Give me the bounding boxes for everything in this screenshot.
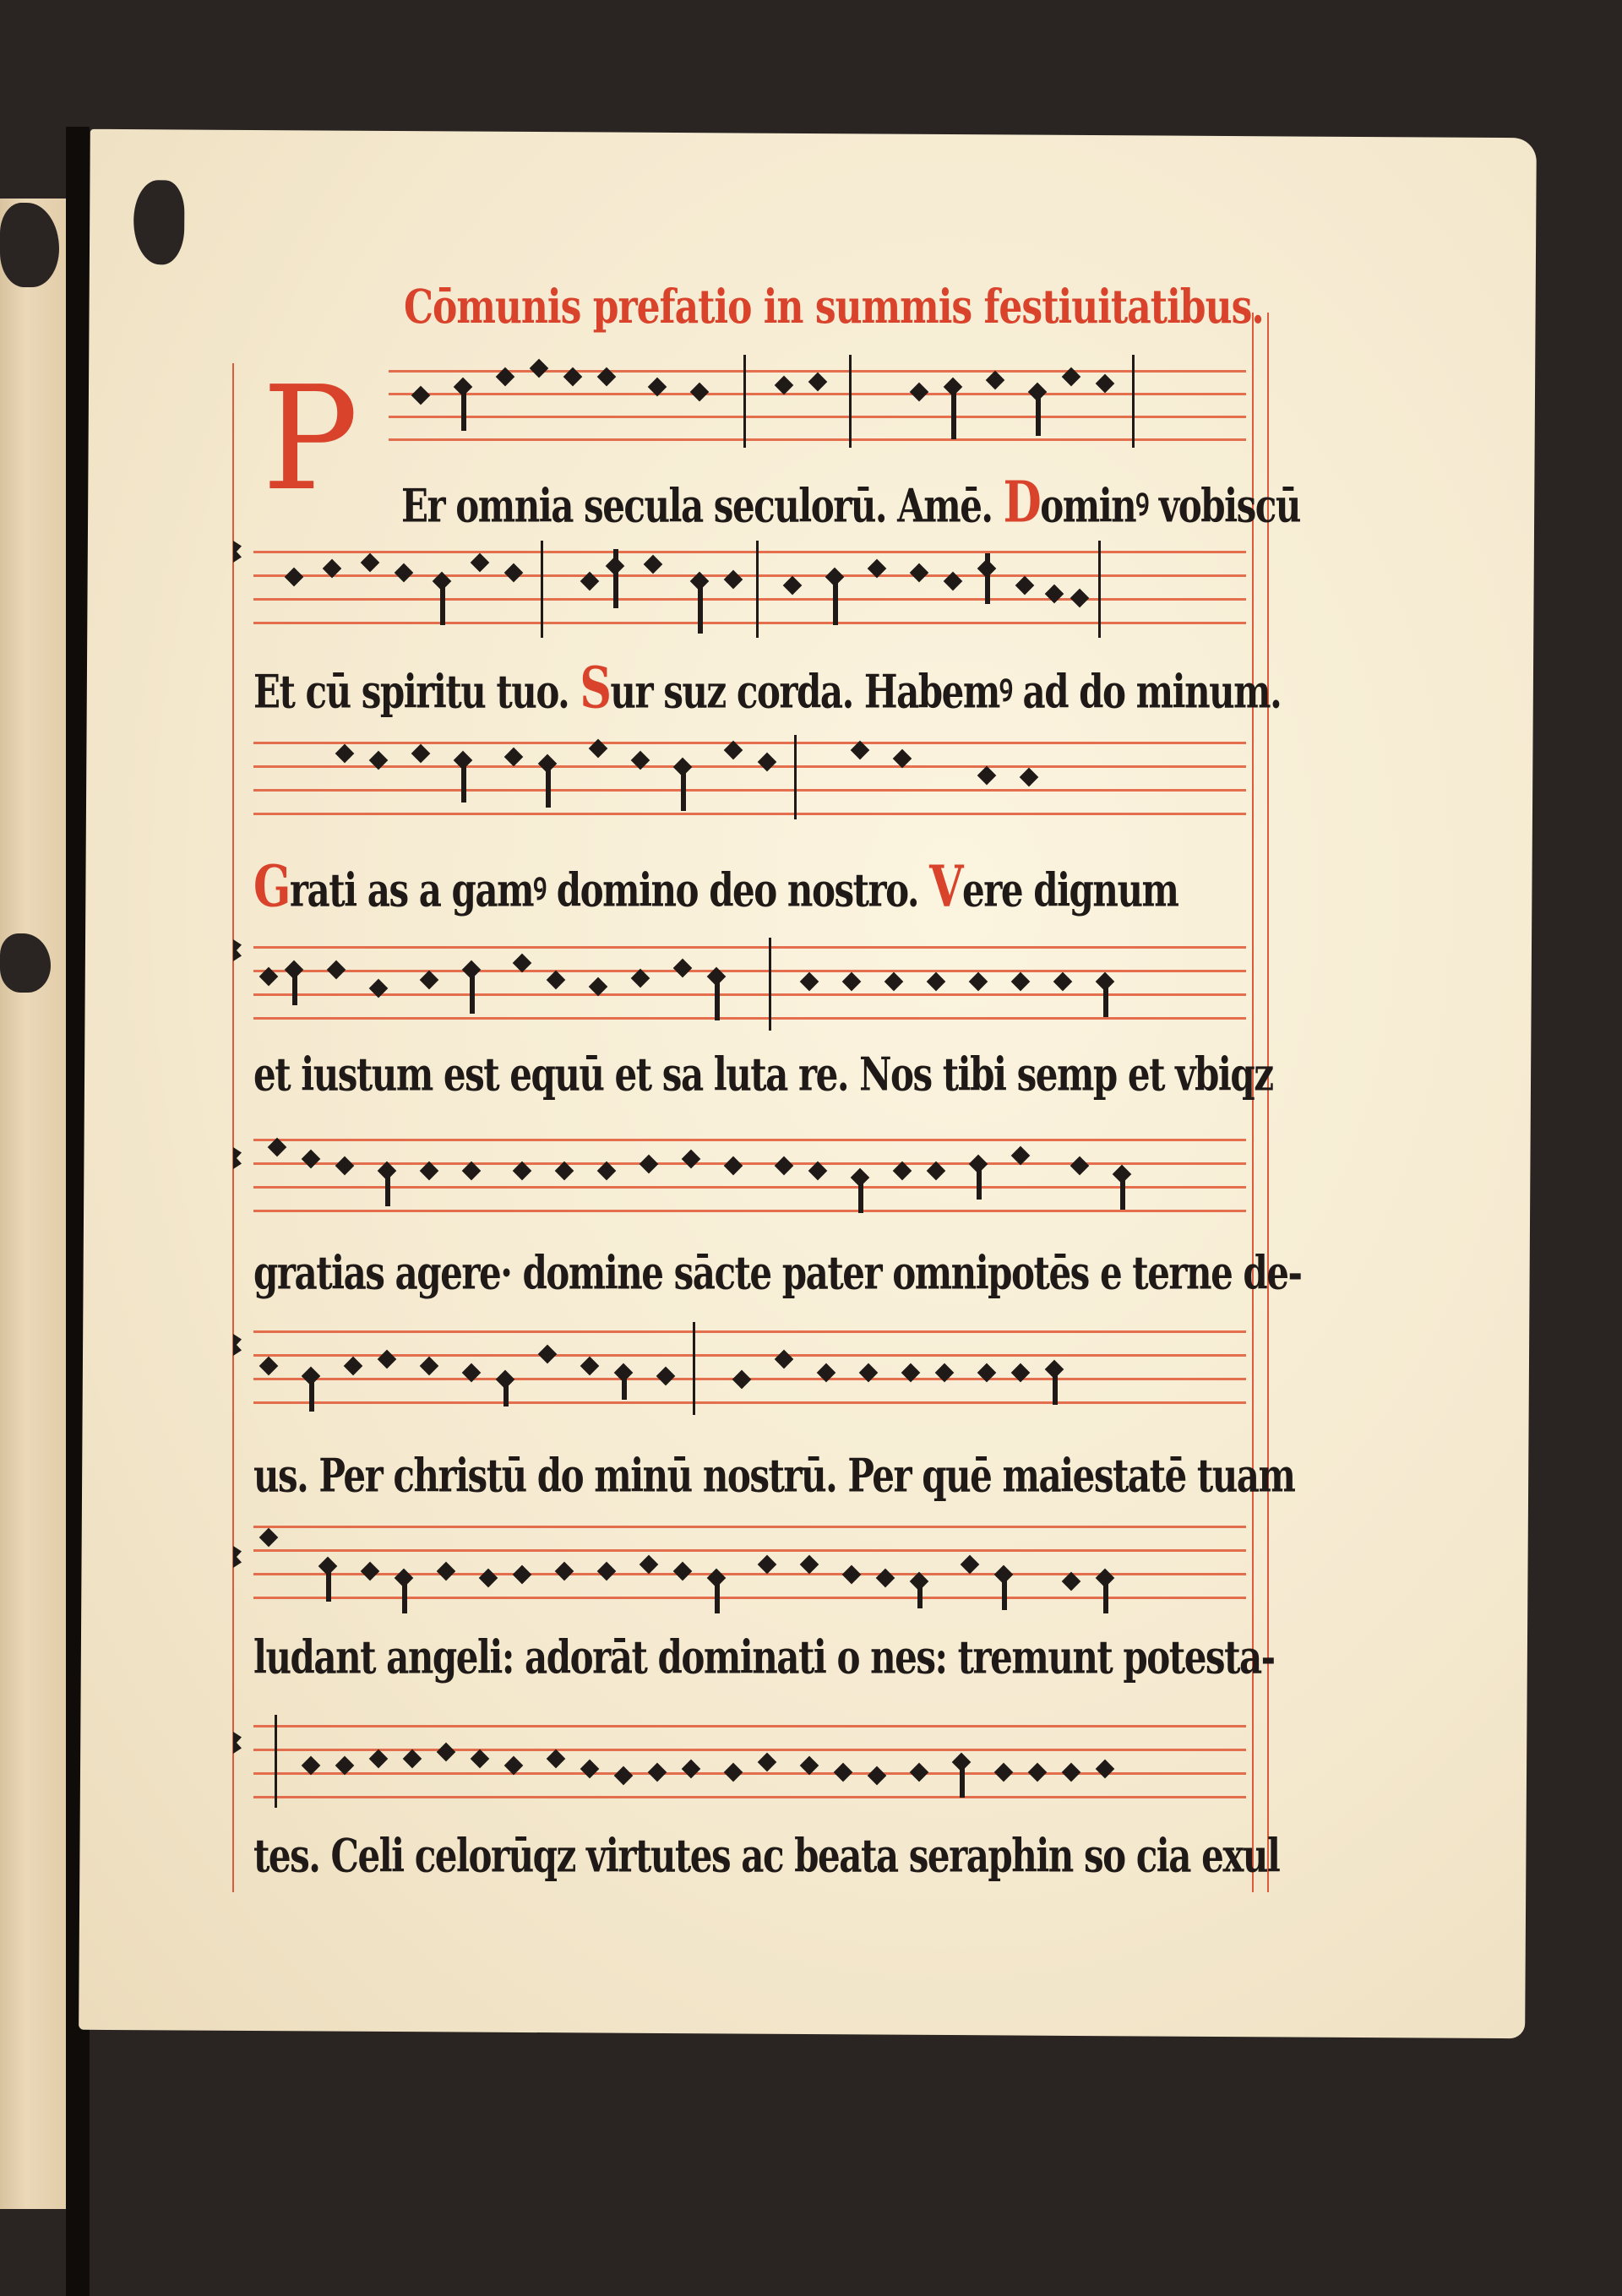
lyric-line: et iustum est equū et sa luta re. Nos ti… [253,1047,1250,1102]
frame-rule-left [232,363,234,1892]
lyric-line: tes. Celi celorūqz virtutes ac beata ser… [253,1829,1250,1883]
page-content: Cōmunis prefatio in summis festiuitatibu… [0,0,1622,2296]
lyric-line: Er omnia secula seculorū. Amē. Dominꝰ vo… [401,469,1398,536]
lyric-line: Et cū spiritu tuo. Sur suz corda. Habemꝰ… [253,655,1250,721]
lyric-line: ludant angeli: adorāt dominati o nes: tr… [253,1630,1250,1684]
lyric-line: Grati as a gamꝰ domino deo nostro. Vere … [253,853,1250,920]
page-heading: Cōmunis prefatio in summis festiuitatibu… [404,280,1264,335]
illuminated-initial: P [262,376,372,503]
lyric-line: us. Per christū do minū nostrū. Per quē … [253,1449,1250,1503]
lyric-line: gratias agere· domine sācte pater omnipo… [253,1246,1250,1300]
